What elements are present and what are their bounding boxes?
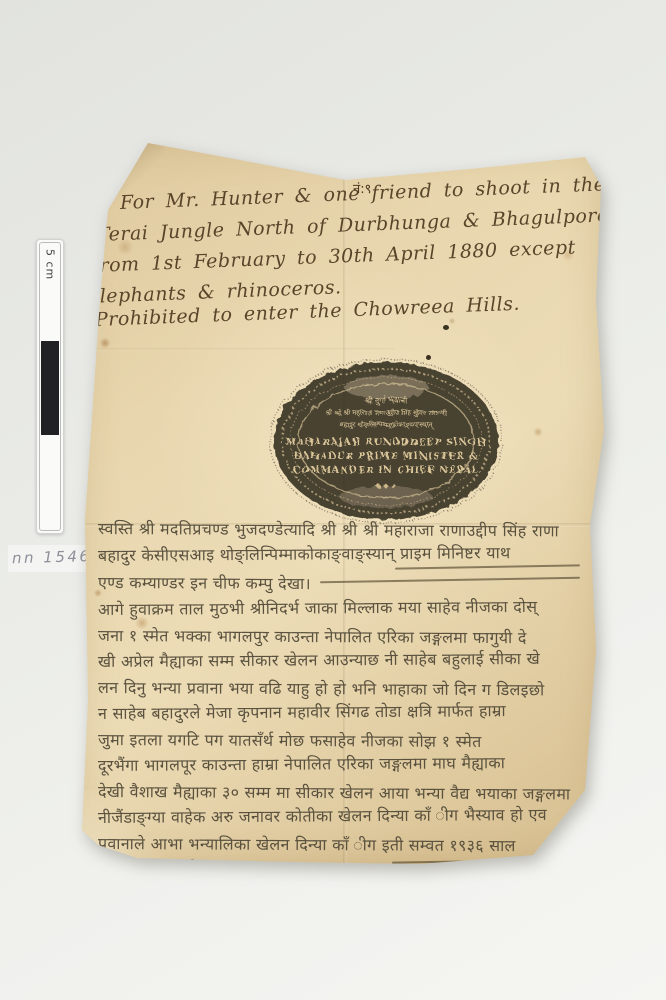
- flourish-line: [320, 577, 580, 584]
- nepali-body-line: देखी वैशाख मैह्याका ३० सम्म मा सीकार खेल…: [98, 780, 570, 804]
- seal-latin-line: MAHARAJAH RUNODDEEP SINGH: [286, 438, 487, 448]
- ink-blot: [443, 325, 449, 330]
- flourish-line: [310, 864, 372, 867]
- flourish-line: [488, 858, 554, 861]
- nepali-closing-line: ती पौष वदि ७ रोज २ शुभम्।: [98, 856, 269, 879]
- museum-photo: 5 cm nn 15460 नं:९ For Mr. Hunter & one …: [0, 0, 666, 1000]
- nepali-body-line: लन दिनु भन्या प्रवाना भया वढि याहु हो हो…: [98, 676, 545, 700]
- nepali-body-line: जना १ स्मेत भक्का भागलपुर काउन्ता नेपालि…: [98, 624, 527, 648]
- flourish-line: [392, 860, 470, 863]
- nepali-opening-line: एण्ड कम्याण्डर इन चीफ कम्पु देखा।: [98, 571, 311, 594]
- nepali-body-line: आगे हुवाक्रम ताल मुठभी श्रीनिदर्भ जाका म…: [98, 595, 537, 620]
- document-paper: नं:९ For Mr. Hunter & one friend to shoo…: [70, 135, 610, 870]
- official-seal: श्री दुर्गा भवानी श्री श्री श्री महाराज …: [266, 351, 506, 531]
- nepali-body-line: दूरभैंगा भागलपूर काउन्ता हाम्रा नेपालित …: [98, 751, 505, 776]
- seal-devanagari-line: श्री श्री श्री महाराज राणाउद्दीप सिंह कु…: [326, 408, 447, 417]
- paper-shadow-wrap: नं:९ For Mr. Hunter & one friend to shoo…: [0, 0, 666, 1000]
- flourish-line: [395, 564, 580, 569]
- seal-devanagari-line: बहादुर थोङ्लिन्पिम्माकोकाङ्वाङ्स्यान्: [339, 420, 433, 430]
- seal-latin-line: BAHADUR PRIME MINISTER &: [294, 452, 478, 462]
- nepali-opening-line: बहादुर केसीएसआइ थोङ्लिन्पिम्माकोकाङ्वाङ्…: [98, 541, 511, 566]
- nepali-body-line: प्रवानाले आभा भन्यालिका खेलन दिन्या काँ …: [98, 832, 516, 856]
- nepali-body-line: न साहेब बहादुरले मेजा कृपनान महावीर सिंग…: [98, 699, 506, 724]
- nepali-body-line: जुमा इतला यगटि पग यातसँर्थ मोछ फसाहेव नी…: [98, 728, 482, 752]
- seal-latin-line: COMMANDER IN CHIEF NEPAL: [293, 466, 479, 476]
- seal-ornament-icon: ◆ ◆ ◆: [376, 482, 397, 490]
- nepali-body-line: नीजैंडाङ्ग्या वाहेक अरु जनावर कोतीका खेल…: [98, 803, 547, 828]
- nepali-body-line: खी अप्रेल मैह्याका सम्म सीकार खेलन आउन्य…: [98, 647, 540, 672]
- seal-devanagari-line: श्री दुर्गा भवानी: [365, 395, 408, 406]
- nepali-opening-line: स्वस्ति श्री मदतिप्रचण्ड भुजदण्डेत्यादि …: [98, 517, 559, 541]
